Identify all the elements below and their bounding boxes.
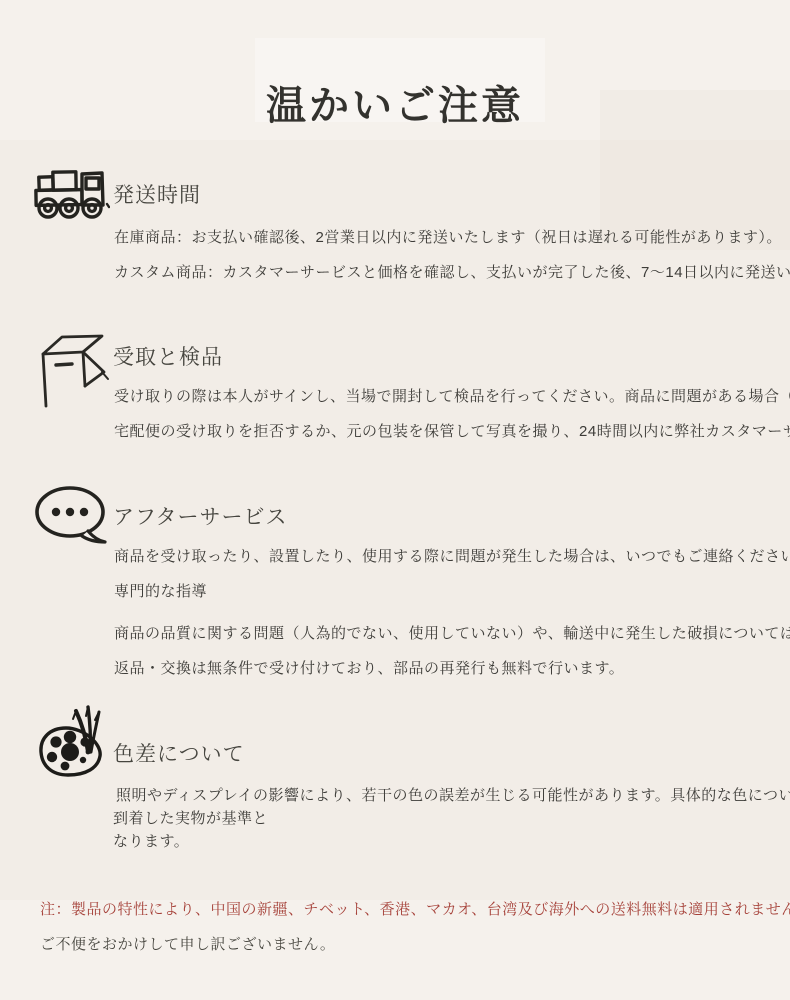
color-difference-line-1: 照明やディスプレイの影響により、若干の色の誤差が生じる可能性があります。具体的な… bbox=[116, 784, 790, 805]
after-service-line-2: 専門的な指導 bbox=[114, 580, 207, 601]
shipping-restriction-note: 注：製品の特性により、中国の新疆、チベット、香港、マカオ、台湾及び海外への送料無… bbox=[40, 898, 790, 919]
after-service-line-3: 商品の品質に関する問題（人為的でない、使用していない）や、輸送中に発生した破損に… bbox=[114, 622, 790, 643]
section-heading-inspection: 受取と検品 bbox=[113, 341, 223, 371]
section-heading-color-difference: 色差について bbox=[113, 738, 245, 768]
shipping-line-2: カスタム商品：カスタマーサービスと価格を確認し、支払いが完了した後、7〜14日以… bbox=[114, 261, 790, 282]
palette-icon bbox=[36, 702, 118, 782]
open-box-icon bbox=[36, 328, 110, 410]
color-difference-line-3: なります。 bbox=[113, 830, 189, 851]
inspection-line-1: 受け取りの際は本人がサインし、当場で開封して検品を行ってください。商品に問題があ… bbox=[114, 385, 790, 406]
page-title: 温かいご注意 bbox=[0, 74, 790, 131]
truck-icon bbox=[26, 164, 110, 220]
chat-bubble-icon bbox=[32, 484, 112, 546]
section-heading-shipping: 発送時間 bbox=[113, 179, 201, 209]
after-service-line-4: 返品・交換は無条件で受け付けており、部品の再発行も無料で行います。 bbox=[114, 657, 624, 678]
notice-page: 温かいご注意 発送時間 在庫商品：お支払い確認後、2営業日以内に発送いたします（… bbox=[0, 0, 790, 1000]
section-heading-after-service: アフターサービス bbox=[113, 501, 288, 531]
apology-note: ご不便をおかけして申し訳ございません。 bbox=[40, 933, 335, 954]
after-service-line-1: 商品を受け取ったり、設置したり、使用する際に問題が発生した場合は、いつでもご連絡… bbox=[114, 545, 790, 566]
color-difference-line-2: 到着した実物が基準と bbox=[113, 807, 268, 828]
inspection-line-2: 宅配便の受け取りを拒否するか、元の包装を保管して写真を撮り、24時間以内に弊社カ… bbox=[114, 420, 790, 441]
shipping-line-1: 在庫商品：お支払い確認後、2営業日以内に発送いたします（祝日は遅れる可能性があり… bbox=[114, 226, 782, 247]
